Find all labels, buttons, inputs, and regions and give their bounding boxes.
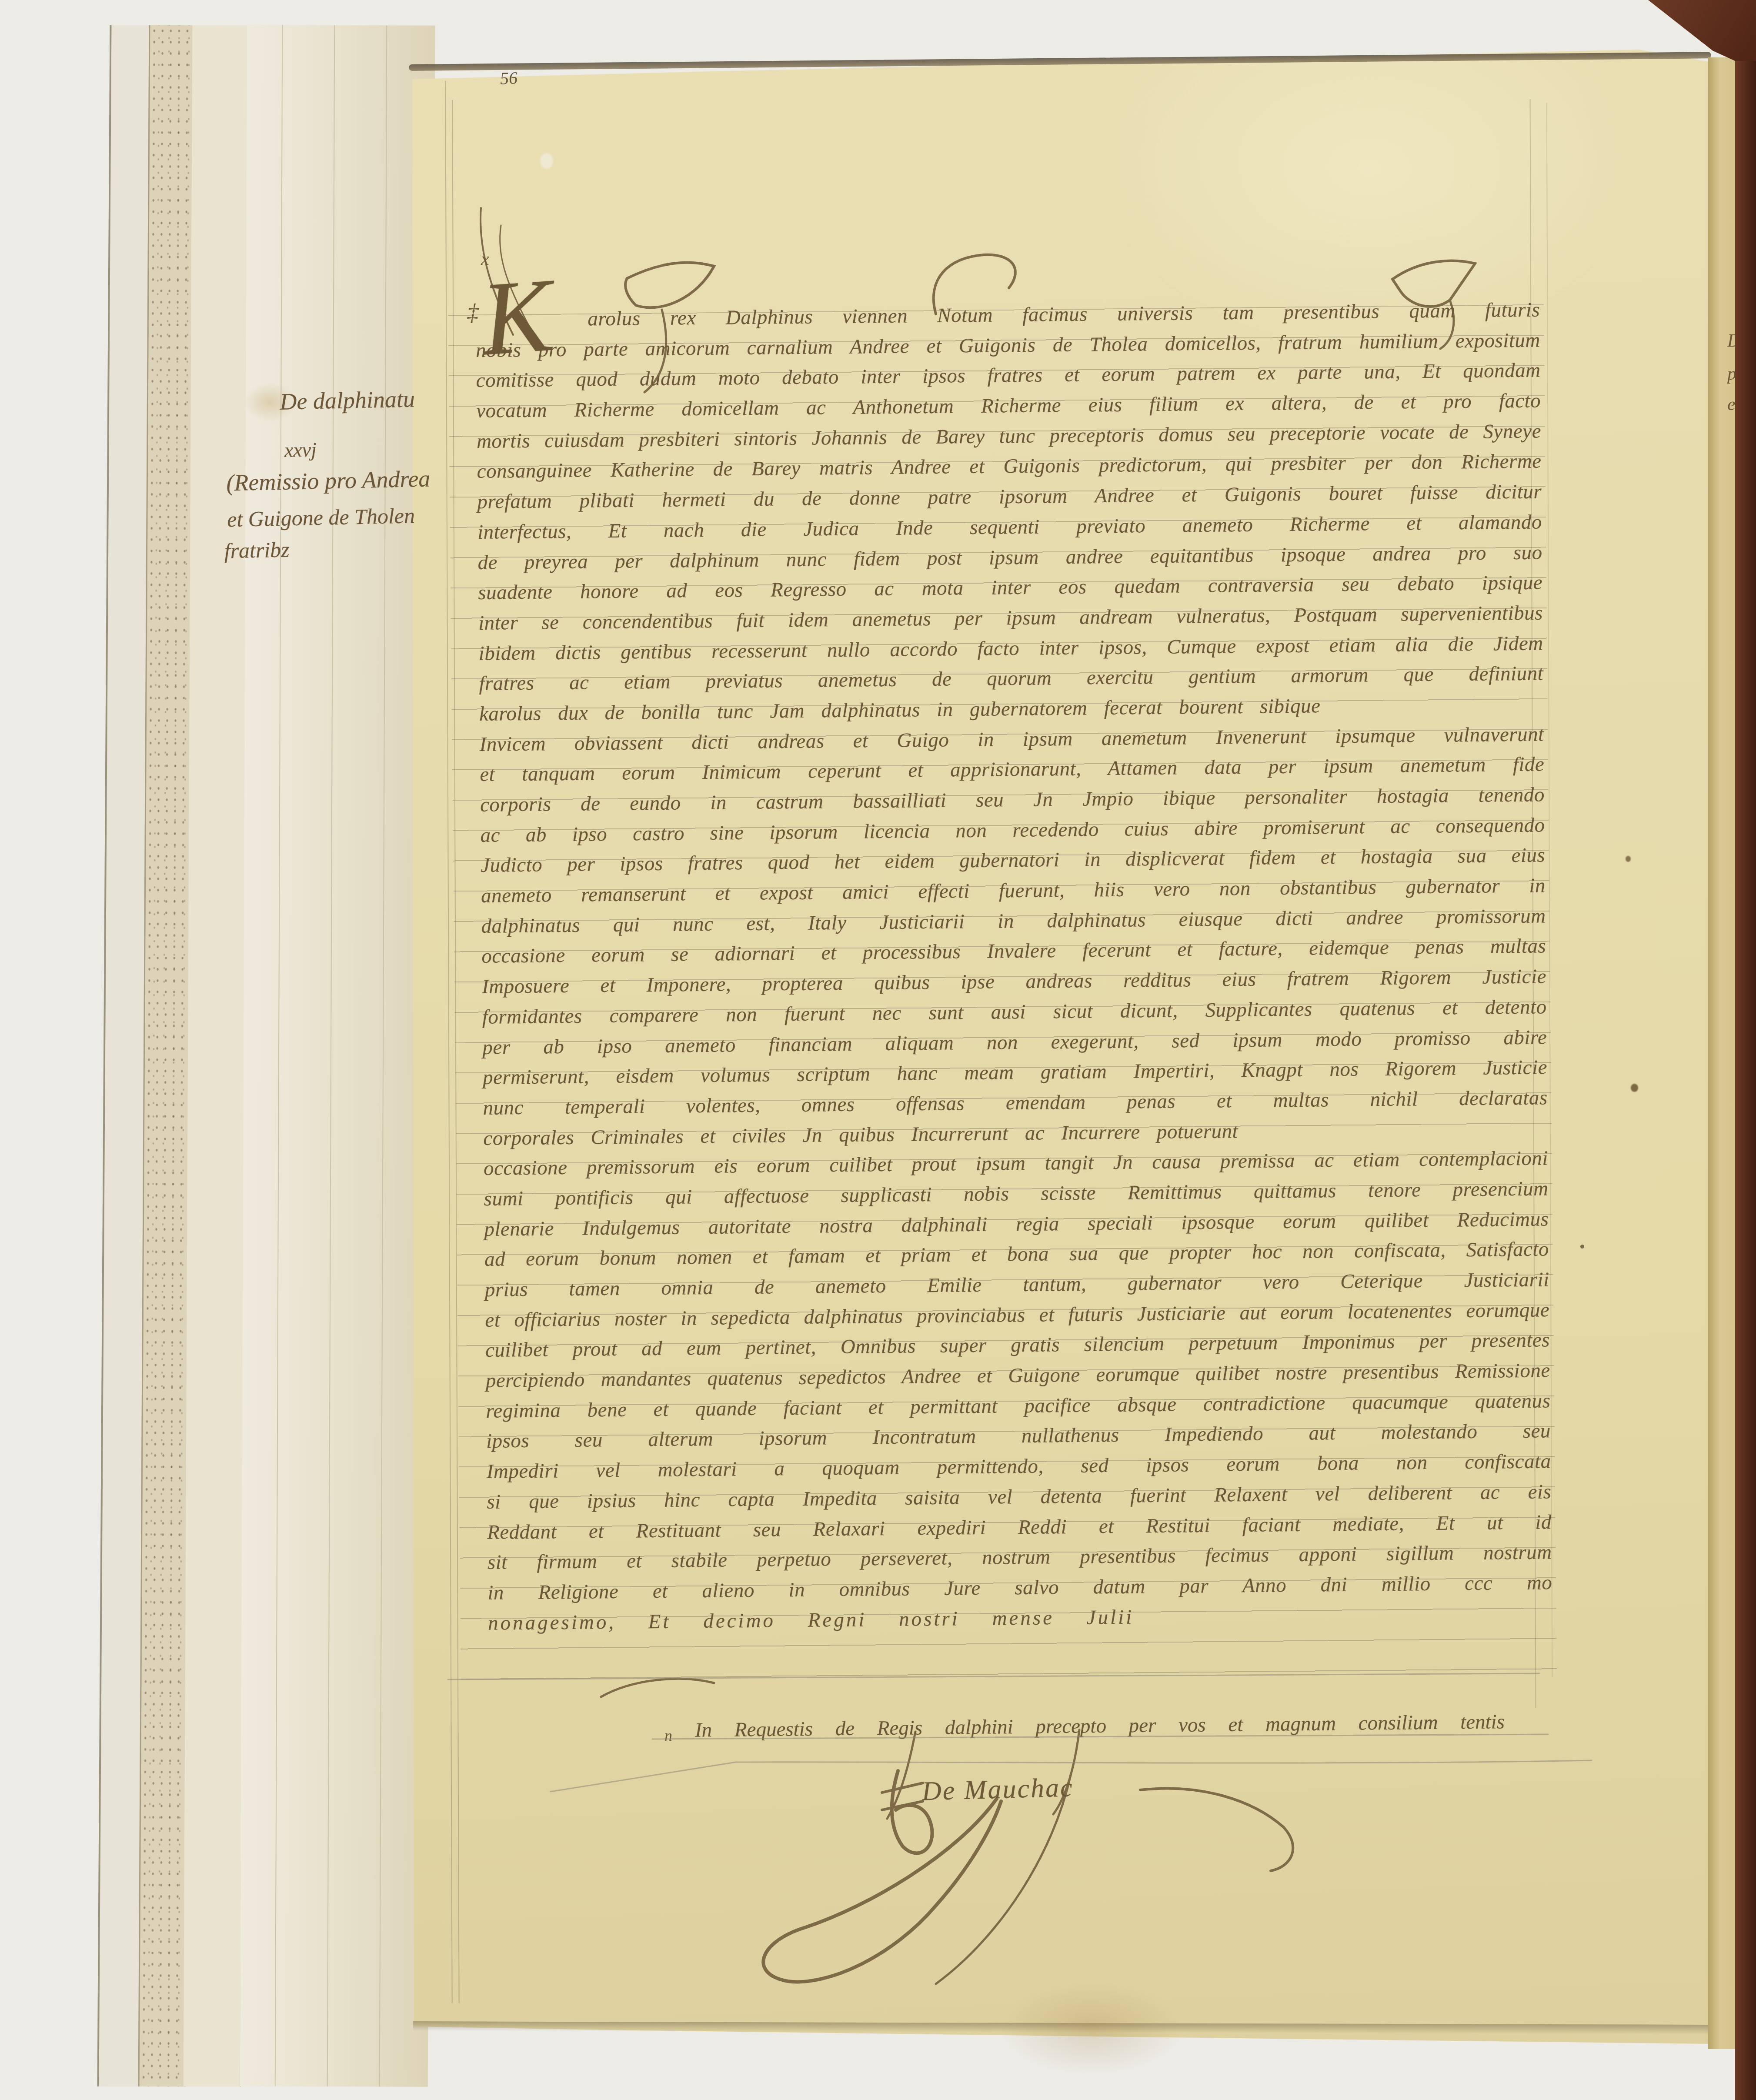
- pen-flourishes: [481, 208, 1475, 1984]
- manuscript-photo: Data pro d emle 56 De dalphinatu xxvj (R…: [0, 0, 1756, 2100]
- flourish-overlay: [0, 0, 1756, 2100]
- graphite-strokes: [448, 1673, 1592, 1792]
